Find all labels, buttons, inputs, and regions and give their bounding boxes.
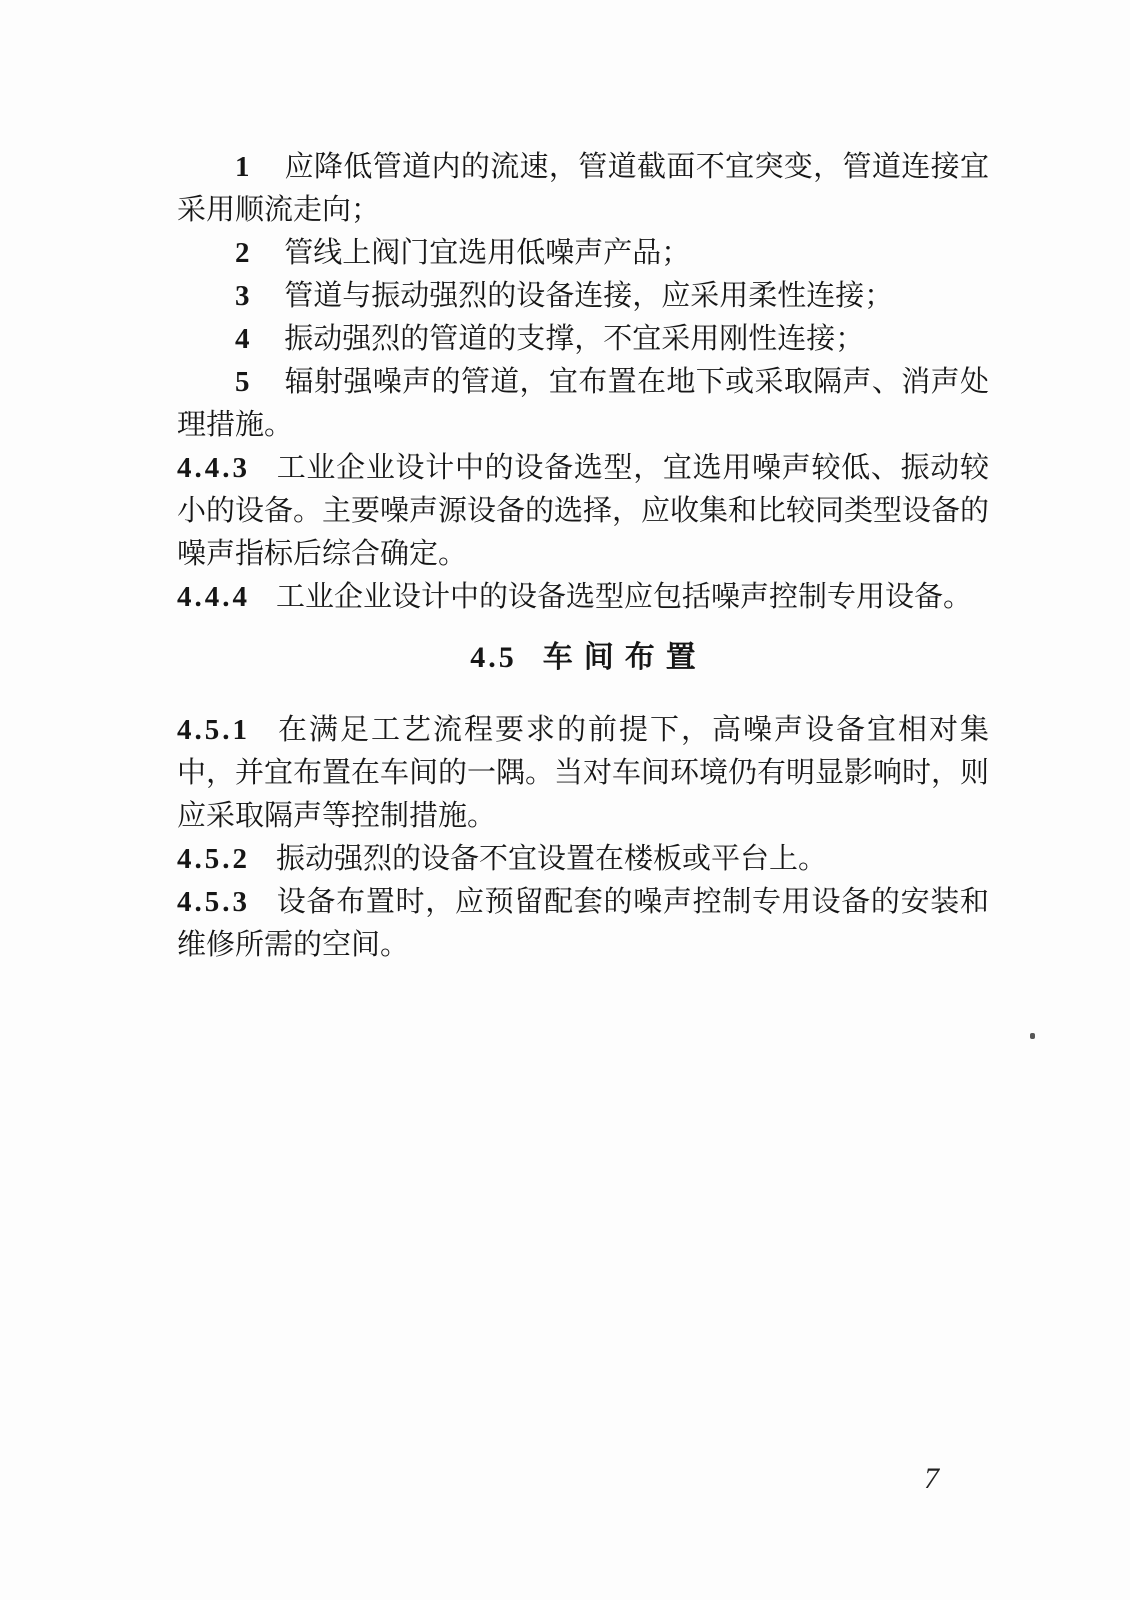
list-item-text: 辐射强噪声的管道，宜布置在地下或采取隔声、消声处理措施。 [177, 366, 989, 441]
clause-number: 4.4.3 [177, 452, 250, 484]
clause-4-5-2: 4.5.2振动强烈的设备不宜设置在楼板或平台上。 [177, 838, 989, 881]
clause-4-5-3: 4.5.3设备布置时，应预留配套的噪声控制专用设备的安装和维修所需的空间。 [177, 881, 989, 967]
document-page: 1应降低管道内的流速，管道截面不宜突变，管道连接宜采用顺流走向； 2管线上阀门宜… [0, 0, 1130, 1600]
page-number: 7 [924, 1462, 939, 1496]
list-item-number: 3 [235, 280, 250, 312]
clause-4-5-1: 4.5.1在满足工艺流程要求的前提下，高噪声设备宜相对集中，并宜布置在车间的一隅… [177, 709, 989, 838]
clause-text: 工业企业设计中的设备选型应包括噪声控制专用设备。 [276, 581, 972, 613]
document-content: 1应降低管道内的流速，管道截面不宜突变，管道连接宜采用顺流走向； 2管线上阀门宜… [177, 146, 989, 967]
clause-number: 4.4.4 [177, 581, 250, 613]
clause-text: 振动强烈的设备不宜设置在楼板或平台上。 [276, 843, 827, 875]
section-heading-number: 4.5 [470, 641, 517, 674]
clause-number: 4.5.2 [177, 843, 250, 875]
scan-artifact-dot [1030, 1033, 1035, 1039]
list-item-text: 管道与振动强烈的设备连接，应采用柔性连接； [284, 280, 893, 312]
list-item-number: 2 [235, 237, 250, 269]
list-item-5: 5辐射强噪声的管道，宜布置在地下或采取隔声、消声处理措施。 [177, 361, 989, 447]
clause-4-4-4: 4.4.4工业企业设计中的设备选型应包括噪声控制专用设备。 [177, 576, 989, 619]
list-item-text: 管线上阀门宜选用低噪声产品； [284, 237, 690, 269]
list-item-text: 应降低管道内的流速，管道截面不宜突变，管道连接宜采用顺流走向； [177, 151, 989, 226]
list-item-text: 振动强烈的管道的支撑，不宜采用刚性连接； [284, 323, 864, 355]
list-item-number: 1 [235, 151, 250, 183]
clause-number: 4.5.1 [177, 714, 250, 746]
section-heading-title: 车间布置 [543, 641, 707, 674]
clause-text: 在满足工艺流程要求的前提下，高噪声设备宜相对集中，并宜布置在车间的一隅。当对车间… [177, 714, 989, 832]
list-item-number: 5 [235, 366, 250, 398]
clause-text: 设备布置时，应预留配套的噪声控制专用设备的安装和维修所需的空间。 [177, 886, 989, 961]
list-item-1: 1应降低管道内的流速，管道截面不宜突变，管道连接宜采用顺流走向； [177, 146, 989, 232]
clause-text: 工业企业设计中的设备选型，宜选用噪声较低、振动较小的设备。主要噪声源设备的选择，… [177, 452, 989, 570]
list-item-4: 4振动强烈的管道的支撑，不宜采用刚性连接； [177, 318, 989, 361]
list-item-number: 4 [235, 323, 250, 355]
clause-4-4-3: 4.4.3工业企业设计中的设备选型，宜选用噪声较低、振动较小的设备。主要噪声源设… [177, 447, 989, 576]
list-item-2: 2管线上阀门宜选用低噪声产品； [177, 232, 989, 275]
clause-number: 4.5.3 [177, 886, 250, 918]
section-heading: 4.5车间布置 [177, 636, 989, 679]
list-item-3: 3管道与振动强烈的设备连接，应采用柔性连接； [177, 275, 989, 318]
